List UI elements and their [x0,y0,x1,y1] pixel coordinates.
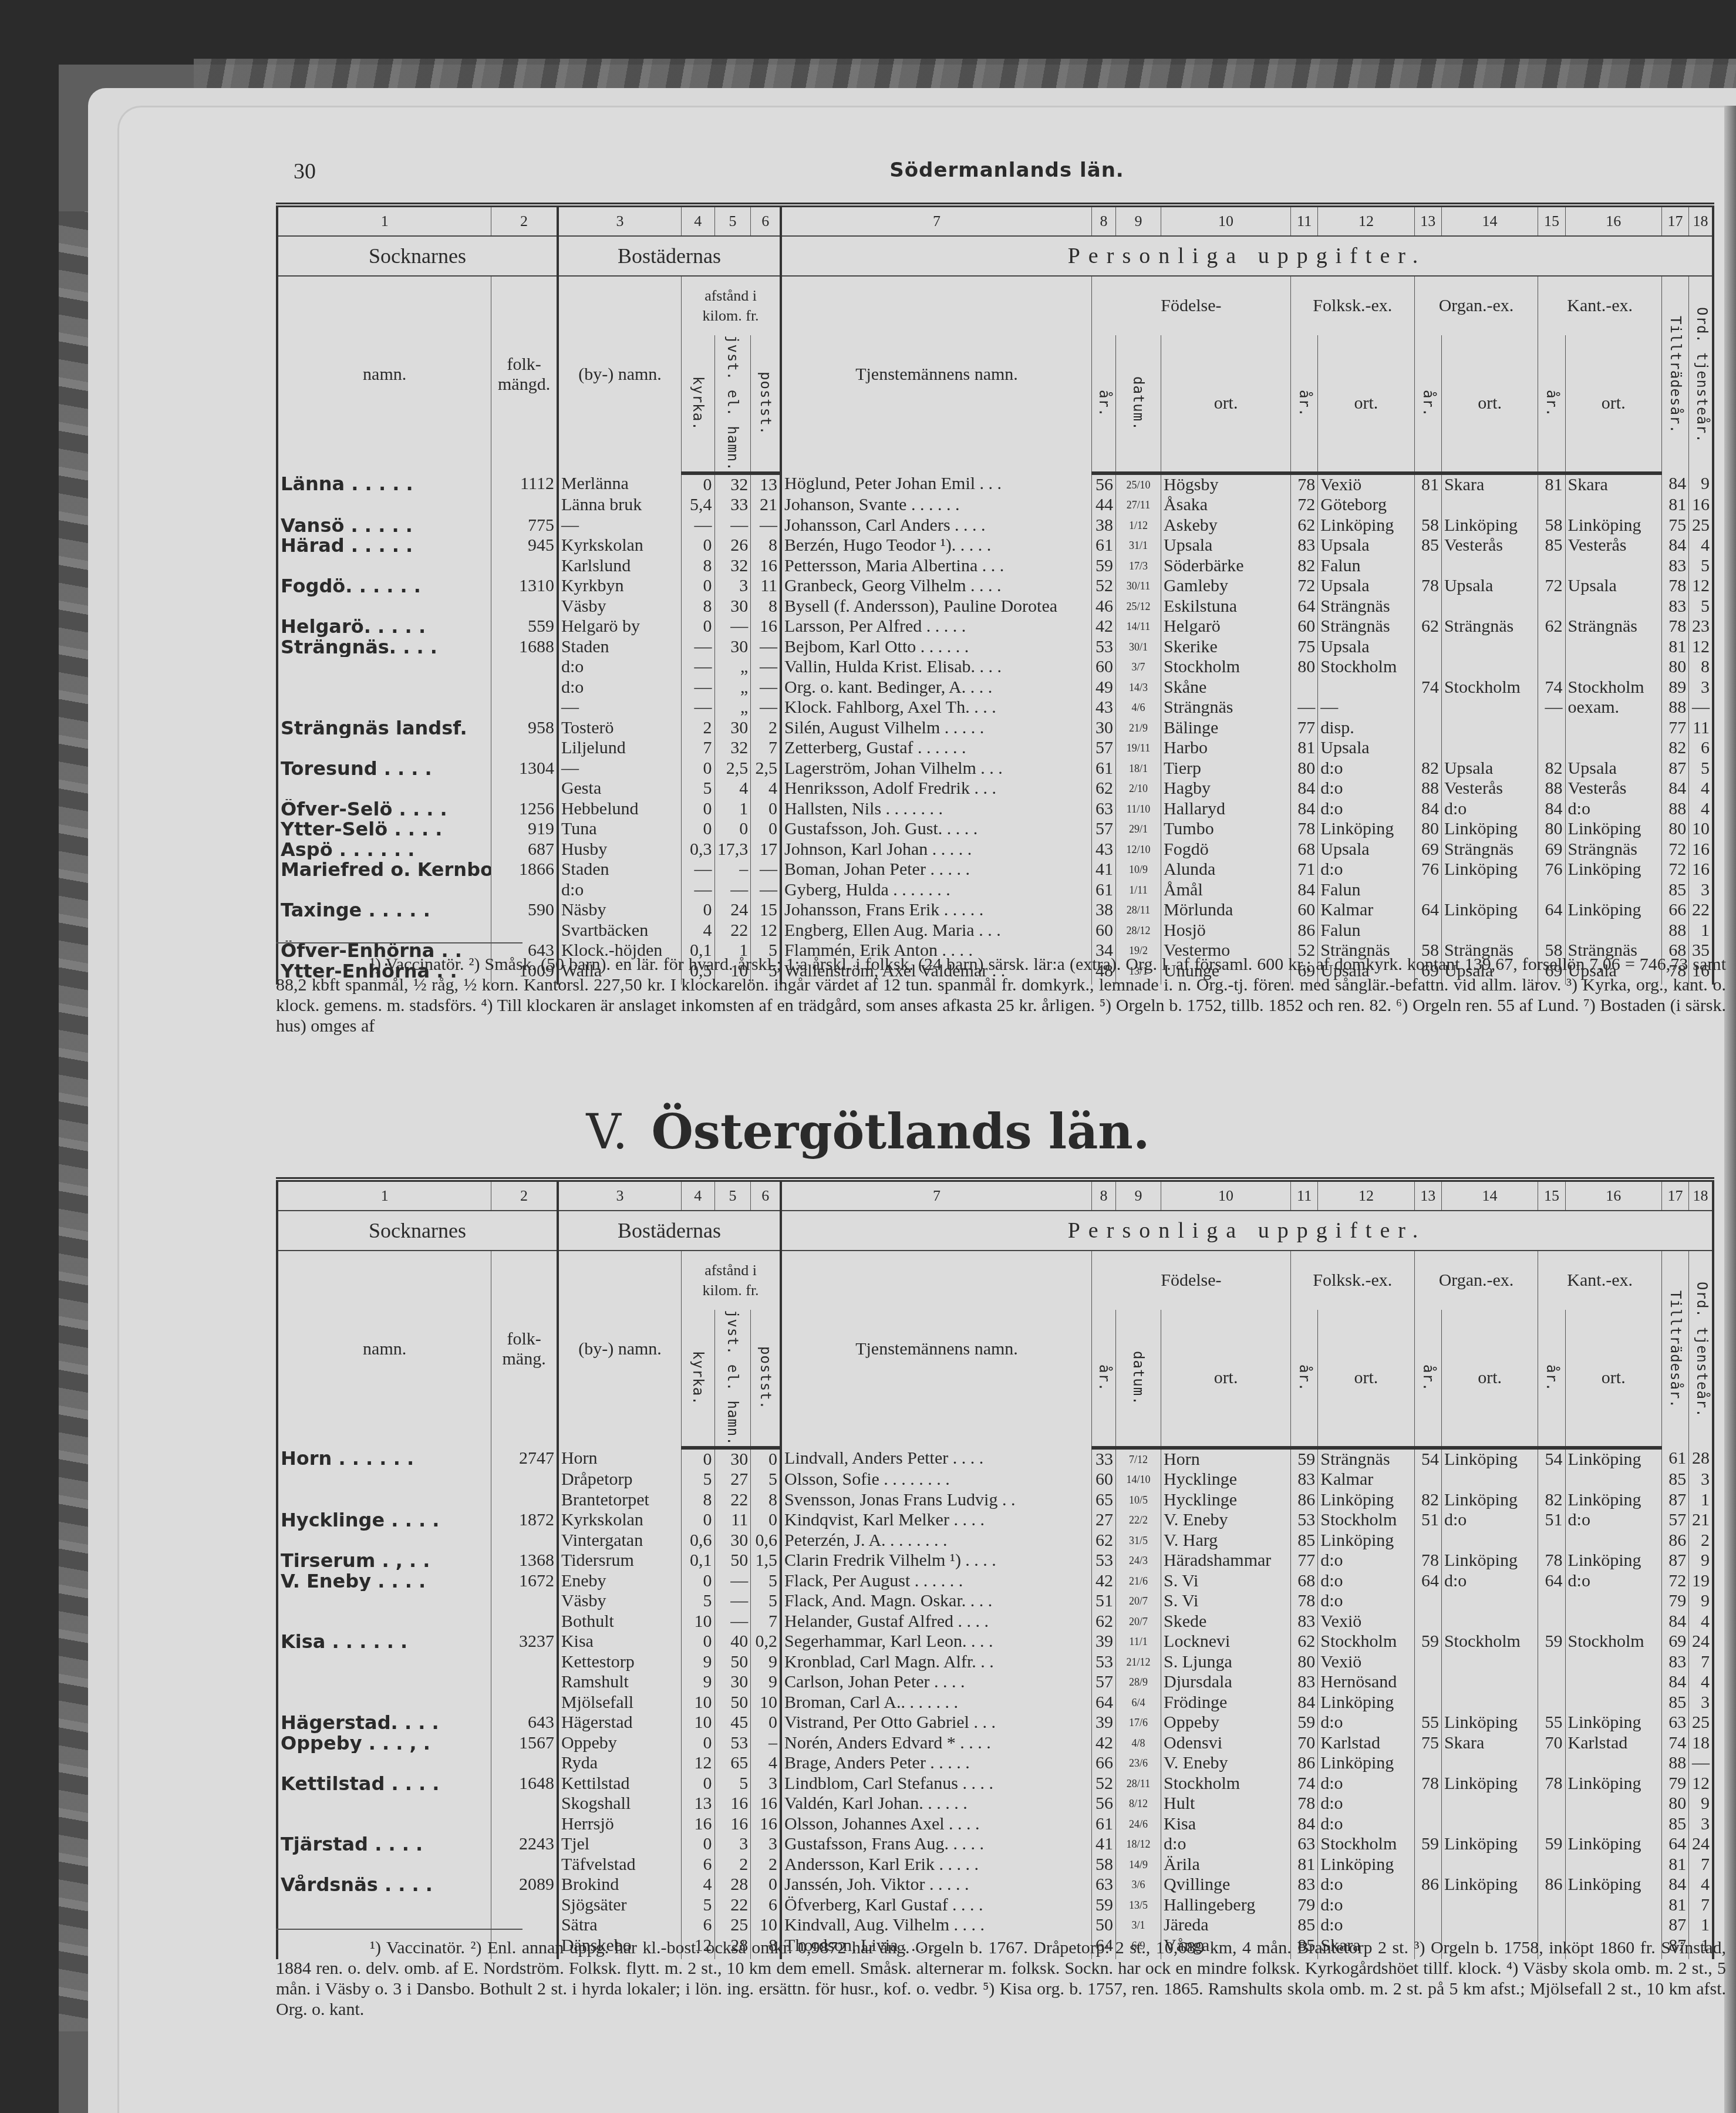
column-number: 3 [558,205,682,236]
cell-organ-place: Linköping [1441,1448,1538,1470]
cell-service-years: 5 [1689,597,1713,617]
cell-accession-year: 87 [1661,1551,1688,1571]
cell-accession-year: 77 [1661,718,1688,739]
cell-parish-name [277,678,491,698]
cell-official-name: Kindqvist, Karl Melker . . . . [781,1510,1091,1531]
cell-dist-jvst: 40 [714,1632,751,1652]
cell-dist-postst: 6 [751,1895,781,1916]
cell-kant-place: Linköping [1565,1774,1661,1794]
table-row: Ramshult9309Carlson, Johan Peter . . . .… [277,1672,1713,1693]
cell-dist-jvst: 30 [714,1531,751,1551]
cell-organ-place [1441,1915,1538,1936]
cell-dist-kyrka: 0 [682,1834,715,1855]
cell-birth-date: 29/1 [1115,819,1161,840]
cell-parish-name: Härad . . . . . [277,535,491,556]
cell-dist-kyrka: 5 [682,1895,715,1916]
cell-birth-place: Skerike [1161,637,1291,658]
cell-birth-year: 60 [1091,1470,1115,1490]
cell-kant-place: Stockholm [1565,1632,1661,1652]
table-row: Mjölsefall105010Broman, Carl A.. . . . .… [277,1693,1713,1713]
cell-folksk-place: Göteborg [1318,495,1414,515]
table-row: Sätra62510Kindvall, Aug. Vilhelm . . . .… [277,1915,1713,1936]
cell-dist-kyrka: — [682,515,715,536]
cell-folksk-year: — [1291,697,1318,718]
table-row: Taxinge . . . . .590Näsby02415Johansson,… [277,900,1713,921]
cell-residence-name: Staden [558,637,682,658]
cell-birth-date: 28/11 [1115,1774,1161,1794]
table-row: Ryda12654Brage, Anders Peter . . . . .66… [277,1753,1713,1774]
cell-organ-place [1441,657,1538,678]
cell-official-name: Janssén, Joh. Viktor . . . . . [781,1875,1091,1895]
col-postst: postst. [751,1310,781,1448]
table-row: Täfvelstad622Andersson, Karl Erik . . . … [277,1855,1713,1875]
cell-folksk-place: disp. [1318,718,1414,739]
cell-residence-name: Tidersrum [558,1551,682,1571]
cell-organ-place: Stockholm [1441,1632,1538,1652]
cell-kant-place: Linköping [1565,1490,1661,1511]
cell-kant-year: 69 [1538,840,1565,860]
marbled-edge-top [194,59,1736,88]
cell-dist-kyrka: 5 [682,1591,715,1612]
cell-birth-date: 14/3 [1115,678,1161,698]
table-row: Svartbäcken42212Engberg, Ellen Aug. Mari… [277,921,1713,941]
cell-dist-postst: 9 [751,1652,781,1673]
cell-residence-name: Mjölsefall [558,1693,682,1713]
cell-population: 643 [491,1713,558,1733]
cell-folksk-place: Linköping [1318,1753,1414,1774]
cell-folksk-year: 84 [1291,1693,1318,1713]
table-row: Ytter-Selö . . . .919Tuna000Gustafsson, … [277,819,1713,840]
col-kant-exam: Kant.-ex. [1538,1251,1662,1310]
column-number: 7 [781,205,1091,236]
cell-birth-date: 21/9 [1115,718,1161,739]
cell-accession-year: 81 [1661,637,1688,658]
cell-birth-year: 57 [1091,819,1115,840]
cell-birth-place: Bälinge [1161,718,1291,739]
cell-birth-place: Hycklinge [1161,1490,1291,1511]
cell-population: 559 [491,616,558,637]
cell-parish-name [277,597,491,617]
cell-population: 775 [491,515,558,536]
cell-dist-kyrka: 0 [682,576,715,597]
cell-service-years: 23 [1689,616,1713,637]
cell-dist-jvst: — [714,515,751,536]
cell-kant-year [1538,880,1565,901]
cell-dist-jvst: 0 [714,819,751,840]
cell-folksk-place: d:o [1318,799,1414,820]
cell-dist-postst: 8 [751,1490,781,1511]
cell-population: 958 [491,718,558,739]
cell-accession-year: 79 [1661,1591,1688,1612]
cell-parish-name [277,1672,491,1693]
table-row: Sjögsäter5226Öfverberg, Karl Gustaf . . … [277,1895,1713,1916]
cell-organ-year: 85 [1414,535,1441,556]
cell-folksk-place: Karlstad [1318,1733,1414,1754]
cell-kant-year: 85 [1538,535,1565,556]
cell-population [491,1794,558,1814]
cell-dist-kyrka: 8 [682,1490,715,1511]
cell-birth-place: V. Eneby [1161,1510,1291,1531]
cell-residence-name: Kisa [558,1632,682,1652]
cell-service-years: 10 [1689,819,1713,840]
table-row: Vintergatan0,6300,6Peterzén, J. A. . . .… [277,1531,1713,1551]
cell-birth-date: 31/5 [1115,1531,1161,1551]
cell-organ-year [1414,495,1441,515]
cell-parish-name [277,921,491,941]
cell-birth-year: 46 [1091,597,1115,617]
cell-folksk-year: 86 [1291,921,1318,941]
cell-birth-date: 3/1 [1115,1915,1161,1936]
cell-residence-name: Helgarö by [558,616,682,637]
cell-birth-date: 25/10 [1115,473,1161,496]
cell-dist-jvst: 22 [714,1490,751,1511]
cell-kant-year [1538,1531,1565,1551]
cell-official-name: Johansson, Frans Erik . . . . . [781,900,1091,921]
cell-folksk-year: 83 [1291,1612,1318,1632]
cell-organ-place [1441,1672,1538,1693]
cell-dist-kyrka: — [682,860,715,880]
cell-dist-kyrka: 12 [682,1753,715,1774]
cell-kant-place [1565,1470,1661,1490]
table-row: Herrsjö161616Olsson, Johannes Axel . . .… [277,1814,1713,1835]
cell-service-years: 25 [1689,515,1713,536]
cell-folksk-place: Linköping [1318,1490,1414,1511]
cell-accession-year: 83 [1661,1652,1688,1673]
cell-folksk-year: 81 [1291,738,1318,759]
cell-dist-jvst: 22 [714,1895,751,1916]
cell-birth-date: 4/8 [1115,1733,1161,1754]
col-kyrka: kyrka. [682,335,715,473]
cell-folksk-year: 79 [1291,1895,1318,1916]
cell-organ-year: 75 [1414,1733,1441,1754]
cell-kant-year: 76 [1538,860,1565,880]
cell-official-name: Helander, Gustaf Alfred . . . . [781,1612,1091,1632]
cell-folksk-place: d:o [1318,1774,1414,1794]
cell-dist-kyrka: 4 [682,921,715,941]
cell-residence-name: Kyrkskolan [558,535,682,556]
cell-kant-place: Linköping [1565,819,1661,840]
cell-birth-place: Hagby [1161,779,1291,799]
table-row: Aspö . . . . . .687Husby0,317,317Johnson… [277,840,1713,860]
cell-accession-year: 84 [1661,473,1688,496]
cell-population [491,1693,558,1713]
col-folksk-exam: Folksk.-ex. [1291,276,1415,335]
cell-birth-place: Skede [1161,1612,1291,1632]
cell-service-years: 2 [1689,1531,1713,1551]
cell-folksk-year: 84 [1291,779,1318,799]
cell-organ-year: 59 [1414,1632,1441,1652]
cell-organ-place [1441,1693,1538,1713]
cell-birth-place: Skåne [1161,678,1291,698]
cell-accession-year: 82 [1661,738,1688,759]
cell-birth-date: 6/4 [1115,1693,1161,1713]
cell-dist-jvst: 32 [714,738,751,759]
cell-organ-year: 84 [1414,799,1441,820]
cell-organ-year: 82 [1414,1490,1441,1511]
col-jvst: jvst. el. hamn. [714,1310,751,1448]
cell-kant-year [1538,1672,1565,1693]
cell-kant-year [1538,1591,1565,1612]
cell-service-years: 4 [1689,1612,1713,1632]
cell-population [491,880,558,901]
cell-birth-year: 38 [1091,515,1115,536]
table-row: Karlslund83216Pettersson, Maria Albertin… [277,556,1713,577]
cell-residence-name: Gesta [558,779,682,799]
cell-folksk-year: 77 [1291,718,1318,739]
cell-residence-name: Liljelund [558,738,682,759]
cell-dist-postst: 11 [751,576,781,597]
cell-service-years: 8 [1689,657,1713,678]
cell-population [491,1915,558,1936]
cell-folksk-place: d:o [1318,1571,1414,1592]
cell-dist-postst: — [751,678,781,698]
cell-birth-year: 62 [1091,1531,1115,1551]
cell-folksk-place: Linköping [1318,1531,1414,1551]
cell-service-years: 9 [1689,1794,1713,1814]
cell-official-name: Vallin, Hulda Krist. Elisab. . . . [781,657,1091,678]
cell-population: 2243 [491,1834,558,1855]
cell-service-years: 16 [1689,495,1713,515]
cell-birth-date: 30/11 [1115,576,1161,597]
cell-dist-kyrka: 16 [682,1814,715,1835]
cell-parish-name: Strängnäs. . . . [277,637,491,658]
group-personliga-uppgifter: Personliga uppgifter. [781,236,1713,276]
cell-kant-place [1565,738,1661,759]
col-birth: Födelse- [1091,276,1290,335]
cell-folksk-place: Hernösand [1318,1672,1414,1693]
cell-residence-name: Oppeby [558,1733,682,1754]
cell-parish-name: Länna . . . . . [277,473,491,496]
cell-organ-year: 78 [1414,576,1441,597]
cell-accession-year: 78 [1661,616,1688,637]
cell-kant-place [1565,1652,1661,1673]
cell-dist-jvst: 4 [714,779,751,799]
cell-dist-kyrka: 0 [682,799,715,820]
cell-kant-year: 88 [1538,779,1565,799]
cell-parish-name [277,738,491,759]
cell-organ-year: 55 [1414,1713,1441,1733]
cell-service-years: 16 [1689,860,1713,880]
cell-kant-place: Karlstad [1565,1733,1661,1754]
cell-organ-place: Linköping [1441,900,1538,921]
cell-folksk-place: d:o [1318,860,1414,880]
cell-folksk-place: d:o [1318,1713,1414,1733]
cell-organ-year: 62 [1414,616,1441,637]
cell-birth-date: 14/9 [1115,1855,1161,1875]
cell-official-name: Pettersson, Maria Albertina . . . [781,556,1091,577]
footnotes-ostergotland: ¹) Vaccinatör. ²) Enl. annan uppg. har k… [276,1937,1726,2020]
cell-birth-place: Odensvi [1161,1733,1291,1754]
cell-accession-year: 79 [1661,1774,1688,1794]
cell-dist-kyrka: 9 [682,1652,715,1673]
cell-folksk-year: 75 [1291,637,1318,658]
cell-folksk-place: Upsala [1318,738,1414,759]
cell-dist-kyrka: — [682,880,715,901]
cell-birth-place: Hult [1161,1794,1291,1814]
cell-dist-postst: 2 [751,718,781,739]
col-organ-place: ort. [1441,335,1538,473]
cell-dist-postst: 0 [751,1713,781,1733]
col-organ-place: ort. [1441,1310,1538,1448]
cell-dist-jvst: 22 [714,921,751,941]
cell-organ-year [1414,597,1441,617]
cell-dist-jvst: 30 [714,597,751,617]
cell-official-name: Höglund, Peter Johan Emil . . . [781,473,1091,496]
cell-residence-name: Karlslund [558,556,682,577]
cell-birth-year: 42 [1091,1733,1115,1754]
cell-birth-place: Harbo [1161,738,1291,759]
cell-dist-postst: 0 [751,819,781,840]
cell-official-name: Svensson, Jonas Frans Ludvig . . [781,1490,1091,1511]
footnote-rule [276,1929,523,1930]
cell-folksk-place: — [1318,697,1414,718]
cell-organ-year [1414,880,1441,901]
cell-official-name: Granbeck, Georg Vilhelm . . . . [781,576,1091,597]
cell-birth-date: 1/11 [1115,880,1161,901]
cell-birth-date: 21/12 [1115,1652,1161,1673]
col-folksk-exam: Folksk.-ex. [1291,1251,1415,1310]
cell-birth-year: 56 [1091,473,1115,496]
cell-organ-year: 59 [1414,1834,1441,1855]
column-number: 17 [1661,1179,1688,1211]
cell-dist-kyrka: — [682,678,715,698]
footnote-text: ¹) Vaccinatör. ²) Småsk. (50 barn). en l… [276,954,1726,1036]
cell-parish-name [277,880,491,901]
cell-accession-year: 88 [1661,1753,1688,1774]
cell-kant-year: — [1538,697,1565,718]
cell-kant-place [1565,495,1661,515]
cell-service-years: — [1689,697,1713,718]
cell-organ-year [1414,1915,1441,1936]
table-row: Horn . . . . . .2747Horn0300Lindvall, An… [277,1448,1713,1470]
cell-folksk-year: 85 [1291,1915,1318,1936]
cell-official-name: Kindvall, Aug. Vilhelm . . . . [781,1915,1091,1936]
cell-birth-year: 53 [1091,1652,1115,1673]
cell-dist-jvst: 2,5 [714,759,751,779]
footnote-rule [276,942,523,943]
cell-folksk-year: 78 [1291,1794,1318,1814]
cell-official-name: Engberg, Ellen Aug. Maria . . . [781,921,1091,941]
cell-accession-year: 80 [1661,819,1688,840]
cell-accession-year: 87 [1661,1915,1688,1936]
cell-residence-name: Vintergatan [558,1531,682,1551]
cell-birth-year: 38 [1091,900,1115,921]
cell-parish-name [277,1591,491,1612]
column-number: 9 [1115,1179,1161,1211]
cell-folksk-year: 80 [1291,759,1318,779]
cell-kant-place: Linköping [1565,1875,1661,1895]
table-row: Väsby8308Bysell (f. Andersson), Pauline … [277,597,1713,617]
cell-population [491,1612,558,1632]
cell-accession-year: 78 [1661,576,1688,597]
cell-accession-year: 85 [1661,1470,1688,1490]
col-birth-date: datum. [1115,1310,1161,1448]
cell-official-name: Clarin Fredrik Vilhelm ¹) . . . . [781,1551,1091,1571]
cell-organ-year [1414,738,1441,759]
cell-kant-year: 82 [1538,759,1565,779]
table-header: 123456789101112131415161718 Socknarnes B… [277,205,1713,473]
cell-parish-name: Öfver-Selö . . . . [277,799,491,820]
cell-organ-year: 64 [1414,900,1441,921]
cell-organ-year [1414,1693,1441,1713]
cell-population: 945 [491,535,558,556]
cell-birth-place: Kisa [1161,1814,1291,1835]
cell-birth-date: 8/12 [1115,1794,1161,1814]
cell-organ-place [1441,697,1538,718]
cell-organ-place [1441,1612,1538,1632]
cell-folksk-year: 85 [1291,1531,1318,1551]
cell-birth-place: S. Vi [1161,1571,1291,1592]
cell-residence-name: — [558,697,682,718]
cell-birth-place: Tierp [1161,759,1291,779]
cell-dist-postst: 4 [751,1753,781,1774]
cell-folksk-year: 62 [1291,515,1318,536]
cell-organ-year [1414,1895,1441,1916]
cell-accession-year: 87 [1661,1490,1688,1511]
column-number: 11 [1291,205,1318,236]
cell-folksk-place: d:o [1318,1814,1414,1835]
cell-kant-place [1565,1753,1661,1774]
column-number: 10 [1161,205,1291,236]
cell-kant-place [1565,921,1661,941]
cell-birth-year: 53 [1091,1551,1115,1571]
col-accession-year: Tillträdesår. [1661,276,1688,473]
cell-folksk-place: Strängnäs [1318,1448,1414,1470]
cell-organ-place [1441,1531,1538,1551]
cell-kant-year: 82 [1538,1490,1565,1511]
cell-birth-date: 28/9 [1115,1672,1161,1693]
cell-kant-place [1565,1895,1661,1916]
column-number: 2 [491,1179,558,1211]
cell-birth-place: Stockholm [1161,657,1291,678]
cell-official-name: Öfverberg, Karl Gustaf . . . . [781,1895,1091,1916]
cell-kant-year [1538,637,1565,658]
cell-residence-name: Husby [558,840,682,860]
cell-population [491,678,558,698]
cell-accession-year: 84 [1661,1672,1688,1693]
cell-official-name: Andersson, Karl Erik . . . . . [781,1855,1091,1875]
cell-service-years: 9 [1689,1551,1713,1571]
cell-birth-date: 30/1 [1115,637,1161,658]
cell-official-name: Segerhammar, Karl Leon. . . . [781,1632,1091,1652]
cell-kant-year: 55 [1538,1713,1565,1733]
cell-service-years: 16 [1689,840,1713,860]
cell-official-name: Valdén, Karl Johan. . . . . . [781,1794,1091,1814]
cell-accession-year: 81 [1661,1895,1688,1916]
cell-kant-place [1565,1531,1661,1551]
page-header: 30 Södermanlands län. [282,159,1732,194]
cell-kant-year: 86 [1538,1875,1565,1895]
cell-service-years: 24 [1689,1834,1713,1855]
cell-dist-kyrka: 0 [682,1510,715,1531]
cell-dist-jvst: — [714,880,751,901]
register-table-sodermanland: 123456789101112131415161718 Socknarnes B… [276,203,1714,985]
cell-kant-year [1538,1470,1565,1490]
register-table-ostergotland: 123456789101112131415161718 Socknarnes B… [276,1177,1714,1959]
cell-dist-postst: — [751,697,781,718]
cell-accession-year: 85 [1661,880,1688,901]
cell-dist-postst: — [751,860,781,880]
cell-birth-date: 2/10 [1115,779,1161,799]
cell-birth-year: 41 [1091,1834,1115,1855]
cell-birth-place: Tumbo [1161,819,1291,840]
cell-kant-place: Upsala [1565,576,1661,597]
cell-kant-year [1538,718,1565,739]
cell-birth-date: 1/12 [1115,515,1161,536]
cell-official-name: Bejbom, Karl Otto . . . . . . [781,637,1091,658]
cell-folksk-place: Vexiö [1318,1652,1414,1673]
cell-residence-name: Tjel [558,1834,682,1855]
